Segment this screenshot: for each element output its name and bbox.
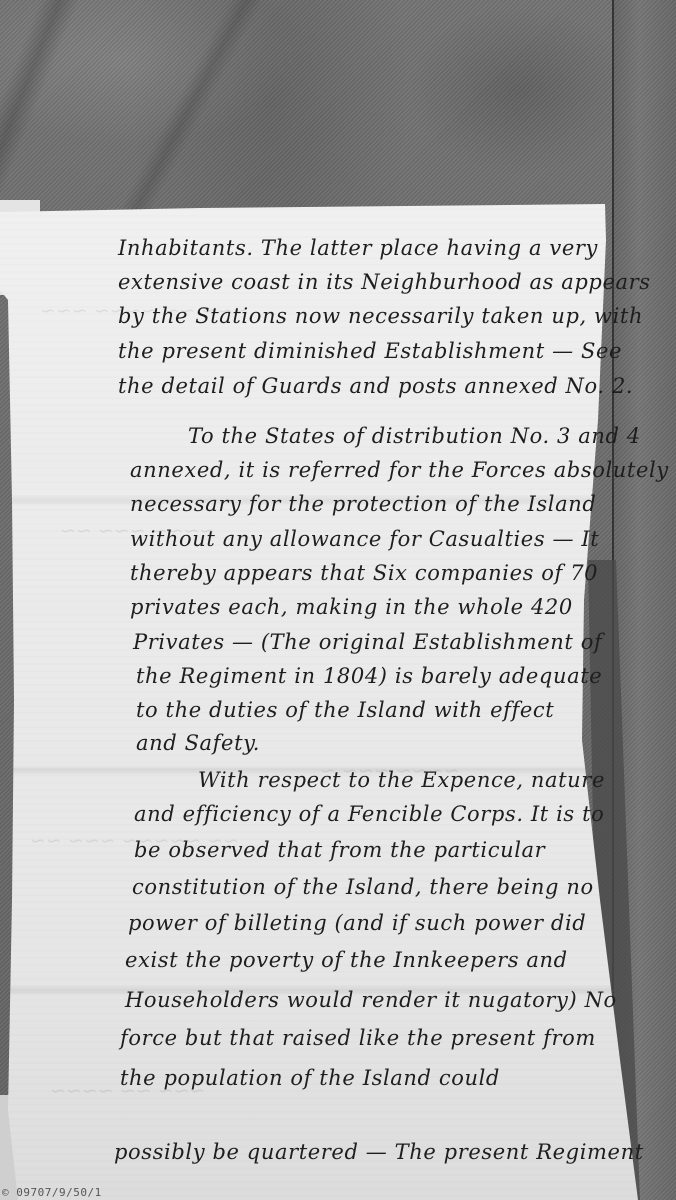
text-line: necessary for the protection of the Isla… bbox=[130, 494, 596, 515]
text-line: Inhabitants. The latter place having a v… bbox=[118, 238, 598, 259]
text-line: the present diminished Establishment — S… bbox=[118, 341, 622, 362]
text-line: the Regiment in 1804) is barely adequate bbox=[136, 666, 602, 687]
text-line: be observed that from the particular bbox=[134, 840, 545, 861]
text-line: To the States of distribution No. 3 and … bbox=[188, 426, 641, 447]
text-line: extensive coast in its Neighburhood as a… bbox=[118, 272, 651, 293]
text-line: the detail of Guards and posts annexed N… bbox=[118, 376, 633, 397]
manuscript-text: Inhabitants. The latter place having a v… bbox=[0, 0, 676, 1200]
text-line: exist the poverty of the Innkeepers and bbox=[125, 950, 568, 971]
text-line: Privates — (The original Establishment o… bbox=[133, 632, 602, 653]
text-line: the population of the Island could bbox=[120, 1068, 500, 1089]
text-line: thereby appears that Six companies of 70 bbox=[130, 563, 598, 584]
text-line: and efficiency of a Fencible Corps. It i… bbox=[134, 804, 604, 825]
text-line: constitution of the Island, there being … bbox=[132, 877, 594, 898]
text-line: privates each, making in the whole 420 bbox=[130, 597, 573, 618]
text-line: annexed, it is referred for the Forces a… bbox=[130, 460, 669, 481]
text-line: without any allowance for Casualties — I… bbox=[130, 529, 599, 550]
text-line: Householders would render it nugatory) N… bbox=[125, 990, 617, 1011]
text-line: and Safety. bbox=[136, 733, 260, 754]
text-line: by the Stations now necessarily taken up… bbox=[118, 306, 643, 327]
text-line: to the duties of the Island with effect bbox=[136, 700, 554, 721]
text-line: With respect to the Expence, nature bbox=[198, 770, 605, 791]
text-line: force but that raised like the present f… bbox=[120, 1028, 596, 1049]
archive-reference-stamp: © 09707/9/50/1 bbox=[2, 1186, 102, 1199]
text-line: possibly be quartered — The present Regi… bbox=[114, 1142, 644, 1163]
text-line: power of billeting (and if such power di… bbox=[128, 913, 586, 934]
